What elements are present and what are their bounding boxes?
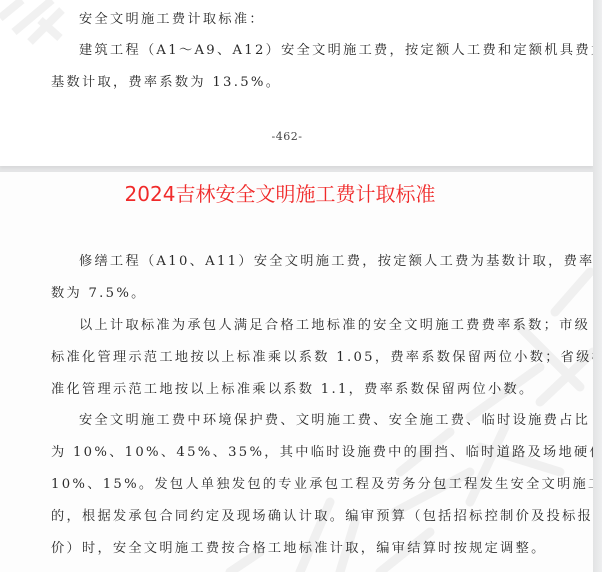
document-page-463: 2024吉林安全文明施工费计取标准 修缮工程（A10、A11）安全文明施工费，按… — [0, 172, 593, 572]
paragraph-line: 建筑工程（A1～A9、A12）安全文明施工费，按定额人工费和定额机具费为 — [79, 43, 593, 59]
paragraph-line: 安全文明施工费中环境保护费、文明施工费、安全施工费、临时设施费占比 — [79, 413, 590, 429]
paragraph-line: 基数计取，费率系数为 13.5%。 — [51, 75, 281, 91]
document-viewer: 安全文明施工费计取标准： 建筑工程（A1～A9、A12）安全文明施工费，按定额人… — [0, 0, 602, 572]
page-number: -462- — [0, 130, 574, 143]
watermark-icon — [0, 0, 80, 50]
paragraph-line: 为 10%、10%、45%、35%，其中临时设施费中的围挡、临时道路及场地硬化占… — [51, 445, 593, 461]
paragraph-line: 准化管理示范工地按以上标准乘以系数 1.1，费率系数保留两位小数。 — [51, 382, 535, 398]
scroll-gutter[interactable] — [593, 0, 602, 572]
paragraph-line: 以上计取标准为承包人满足合格工地标准的安全文明施工费费率系数；市级 — [79, 318, 590, 334]
paragraph-line: 的，根据发承包合同约定及现场确认计取。编审预算（包括招标控制价及投标报 — [51, 509, 593, 525]
paragraph-line: 修缮工程（A10、A11）安全文明施工费，按定额人工费为基数计取，费率系 — [79, 254, 593, 270]
document-title: 2024吉林安全文明施工费计取标准 — [0, 178, 560, 207]
document-page-462: 安全文明施工费计取标准： 建筑工程（A1～A9、A12）安全文明施工费，按定额人… — [0, 0, 593, 166]
paragraph-line: 标准化管理示范工地按以上标准乘以系数 1.05，费率系数保留两位小数；省级标 — [51, 350, 593, 366]
paragraph-line: 10%、15%。发包人单独发包的专业承包工程及劳务分包工程发生安全文明施工费 — [51, 477, 593, 493]
paragraph-line: 安全文明施工费计取标准： — [79, 12, 265, 28]
paragraph-line: 数为 7.5%。 — [51, 286, 147, 302]
paragraph-line: 价）时，安全文明施工费按合格工地标准计取，编审结算时按规定调整。 — [51, 541, 547, 557]
